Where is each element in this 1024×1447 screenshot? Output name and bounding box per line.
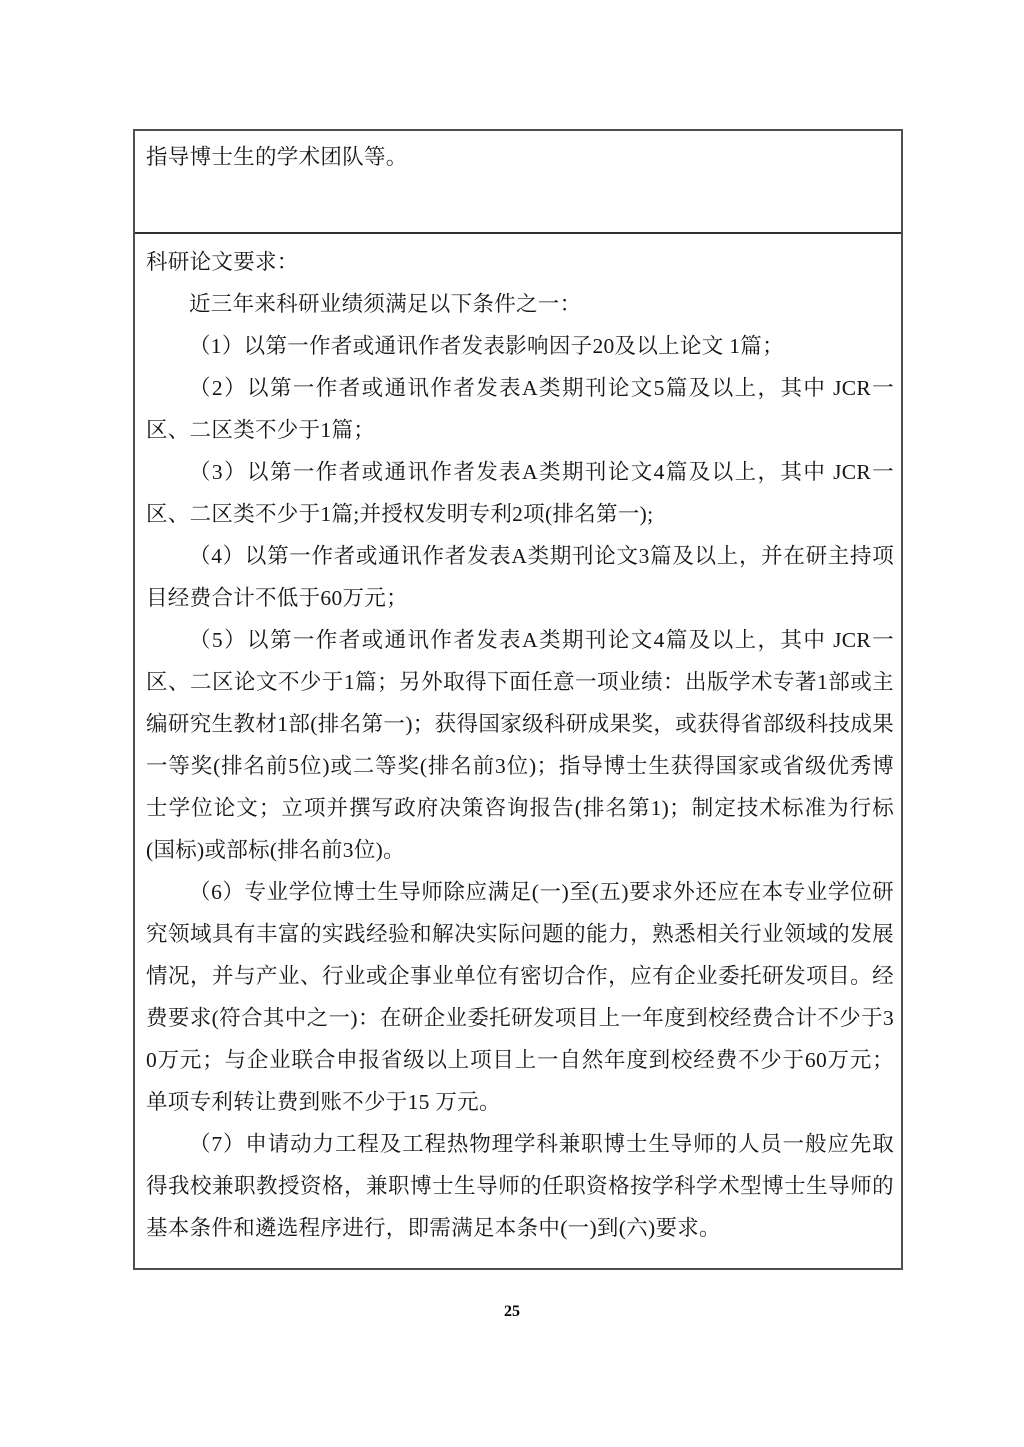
requirement-item-7: （7）申请动力工程及工程热物理学科兼职博士生导师的人员一般应先取得我校兼职教授资… (146, 1123, 894, 1249)
requirements-intro: 近三年来科研业绩须满足以下条件之一： (146, 283, 894, 325)
requirements-table: 指导博士生的学术团队等。 科研论文要求： 近三年来科研业绩须满足以下条件之一： … (133, 129, 903, 1270)
table-row-requirements: 科研论文要求： 近三年来科研业绩须满足以下条件之一： （1）以第一作者或通讯作者… (135, 234, 901, 1268)
continuation-text: 指导博士生的学术团队等。 (146, 136, 891, 178)
requirement-item-6: （6）专业学位博士生导师除应满足(一)至(五)要求外还应在本专业学位研究领域具有… (146, 871, 894, 1123)
page-number: 25 (0, 1303, 1024, 1321)
requirement-item-2: （2）以第一作者或通讯作者发表A类期刊论文5篇及以上，其中 JCR一区、二区类不… (146, 367, 894, 451)
requirements-heading: 科研论文要求： (146, 241, 894, 283)
table-row-continuation: 指导博士生的学术团队等。 (135, 131, 901, 234)
requirement-item-1: （1）以第一作者或通讯作者发表影响因子20及以上论文 1篇； (146, 325, 894, 367)
document-page: 指导博士生的学术团队等。 科研论文要求： 近三年来科研业绩须满足以下条件之一： … (0, 0, 1024, 1447)
requirement-item-4: （4）以第一作者或通讯作者发表A类期刊论文3篇及以上，并在研主持项目经费合计不低… (146, 535, 894, 619)
requirement-item-5: （5）以第一作者或通讯作者发表A类期刊论文4篇及以上，其中 JCR一区、二区论文… (146, 619, 894, 871)
requirement-item-3: （3）以第一作者或通讯作者发表A类期刊论文4篇及以上，其中 JCR一区、二区类不… (146, 451, 894, 535)
